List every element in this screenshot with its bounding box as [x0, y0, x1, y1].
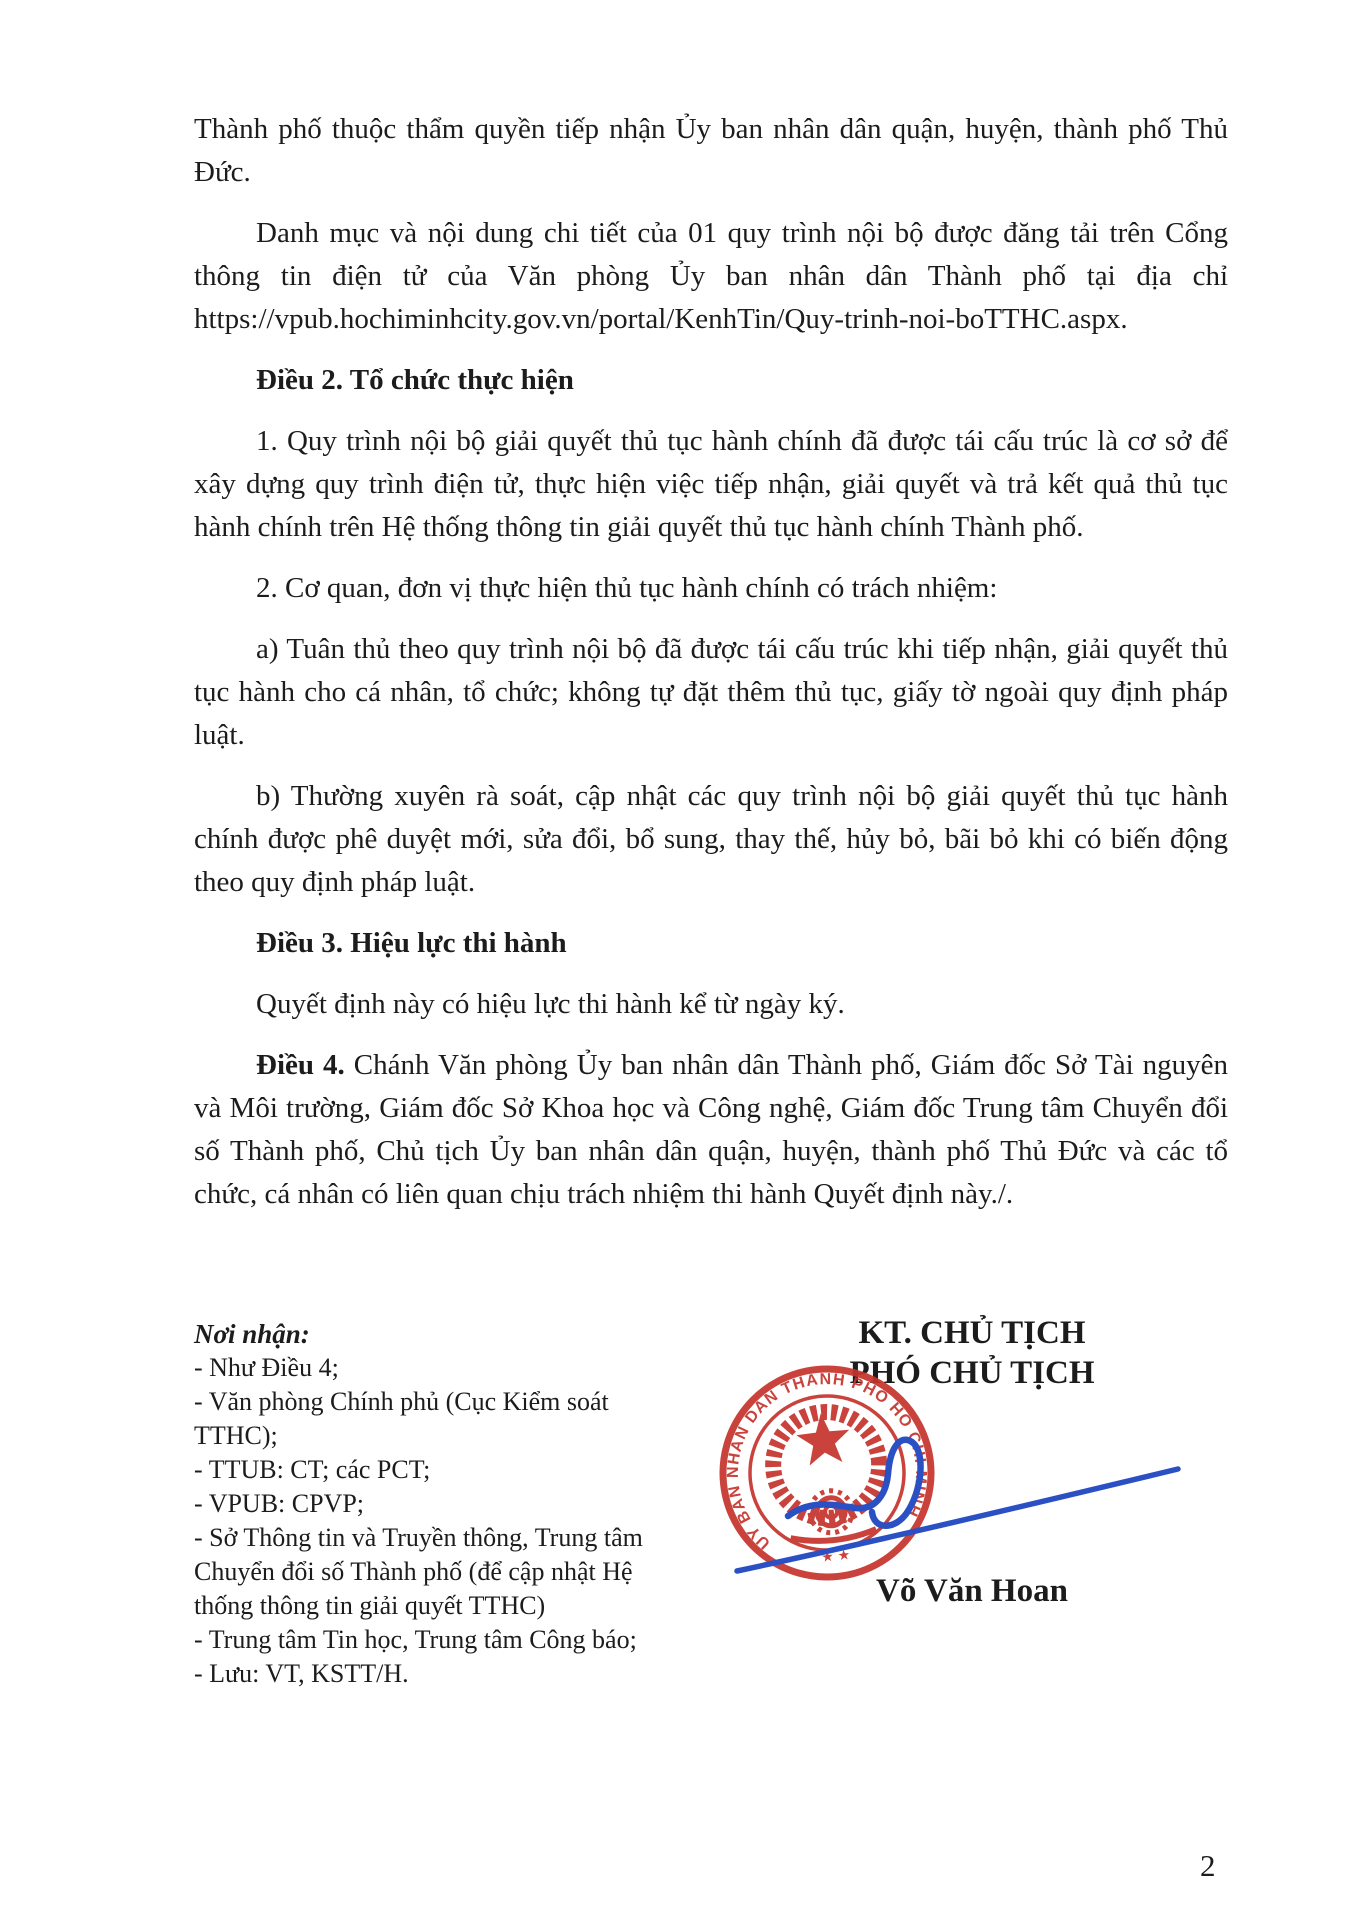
paragraph-continuation: Thành phố thuộc thẩm quyền tiếp nhận Ủy … [194, 108, 1228, 194]
handwritten-signature-icon [737, 1440, 1178, 1571]
document-page: Thành phố thuộc thẩm quyền tiếp nhận Ủy … [0, 0, 1357, 1920]
recipients-block: Nơi nhận: - Như Điều 4; - Văn phòng Chín… [194, 1317, 656, 1691]
official-seal-and-signature: ỦY BAN NHÂN DÂN THÀNH PHỐ HỒ CHÍ MINH ★ … [660, 1340, 1220, 1630]
paragraph-danh-muc: Danh mục và nội dung chi tiết của 01 quy… [194, 212, 1228, 341]
recipient-item: - Văn phòng Chính phủ (Cục Kiểm soát TTH… [194, 1385, 656, 1453]
body-text: Thành phố thuộc thẩm quyền tiếp nhận Ủy … [194, 108, 1228, 1234]
recipient-item: - Như Điều 4; [194, 1351, 656, 1385]
page-number: 2 [1200, 1848, 1216, 1884]
signature-sweep [737, 1469, 1178, 1571]
paragraph-2: 2. Cơ quan, đơn vị thực hiện thủ tục hàn… [194, 567, 1228, 610]
recipients-title: Nơi nhận: [194, 1317, 656, 1351]
paragraph-dieu-4: Điều 4. Chánh Văn phòng Ủy ban nhân dân … [194, 1044, 1228, 1216]
heading-dieu-3: Điều 3. Hiệu lực thi hành [194, 922, 1228, 965]
paragraph-hieu-luc: Quyết định này có hiệu lực thi hành kể t… [194, 983, 1228, 1026]
heading-dieu-2: Điều 2. Tổ chức thực hiện [194, 359, 1228, 402]
paragraph-2b: b) Thường xuyên rà soát, cập nhật các qu… [194, 775, 1228, 904]
recipient-item: - Lưu: VT, KSTT/H. [194, 1657, 656, 1691]
dieu-4-text: Chánh Văn phòng Ủy ban nhân dân Thành ph… [194, 1049, 1228, 1210]
recipient-item: - Sở Thông tin và Truyền thông, Trung tâ… [194, 1521, 656, 1623]
paragraph-2a: a) Tuân thủ theo quy trình nội bộ đã đượ… [194, 628, 1228, 757]
recipient-item: - TTUB: CT; các PCT; [194, 1453, 656, 1487]
recipient-item: - Trung tâm Tin học, Trung tâm Công báo; [194, 1623, 656, 1657]
dieu-4-label: Điều 4. [256, 1049, 345, 1081]
paragraph-1: 1. Quy trình nội bộ giải quyết thủ tục h… [194, 420, 1228, 549]
recipient-item: - VPUB: CPVP; [194, 1487, 656, 1521]
